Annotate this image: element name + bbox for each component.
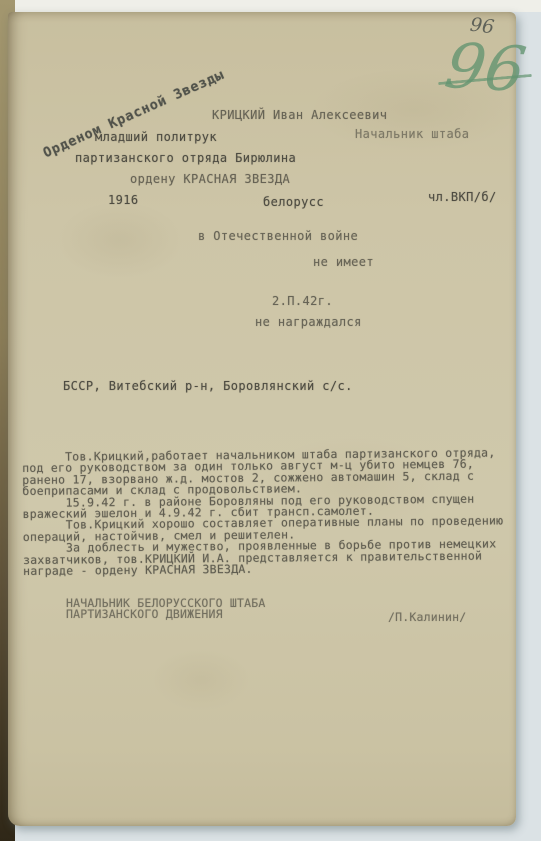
- page-number-handwritten-green: 96: [441, 36, 529, 100]
- party-membership: чл.ВКП/б/: [428, 190, 497, 204]
- citation-paragraphs: Тов.Крицкий,работает начальником штаба п…: [22, 447, 519, 577]
- address-line: БССР, Витебский р-н, Боровлянский с/с.: [63, 379, 353, 393]
- recipient-unit: партизанского отряда Бирюлина: [75, 151, 296, 165]
- signatory-title-line2: ПАРТИЗАНСКОГО ДВИЖЕНИЯ: [66, 609, 223, 621]
- award-stamp: Орденом Красной Звезды: [41, 67, 227, 162]
- scanner-background: [0, 0, 541, 12]
- recipient-rank: младший политрук: [95, 130, 217, 144]
- service-date-line: 2.П.42г.: [272, 294, 333, 308]
- document-page: 96 96 Орденом Красной Звезды КРИЦКИЙ Ива…: [8, 12, 516, 826]
- citation-line: награде - ордену КРАСНАЯ ЗВЕЗДА.: [23, 561, 519, 577]
- war-participation-line: в Отечественной войне: [198, 229, 358, 243]
- nationality: белорусс: [263, 195, 324, 209]
- birth-year: 1916: [108, 193, 139, 207]
- recipient-position: Начальник штаба: [355, 127, 469, 141]
- wounds-line: не имеет: [313, 255, 374, 269]
- recipient-name: КРИЦКИЙ Иван Алексеевич: [212, 108, 387, 122]
- prior-awards-line: не награждался: [255, 315, 362, 329]
- award-line: ордену КРАСНАЯ ЗВЕЗДА: [130, 172, 290, 186]
- signatory-name: /П.Калинин/: [388, 612, 466, 624]
